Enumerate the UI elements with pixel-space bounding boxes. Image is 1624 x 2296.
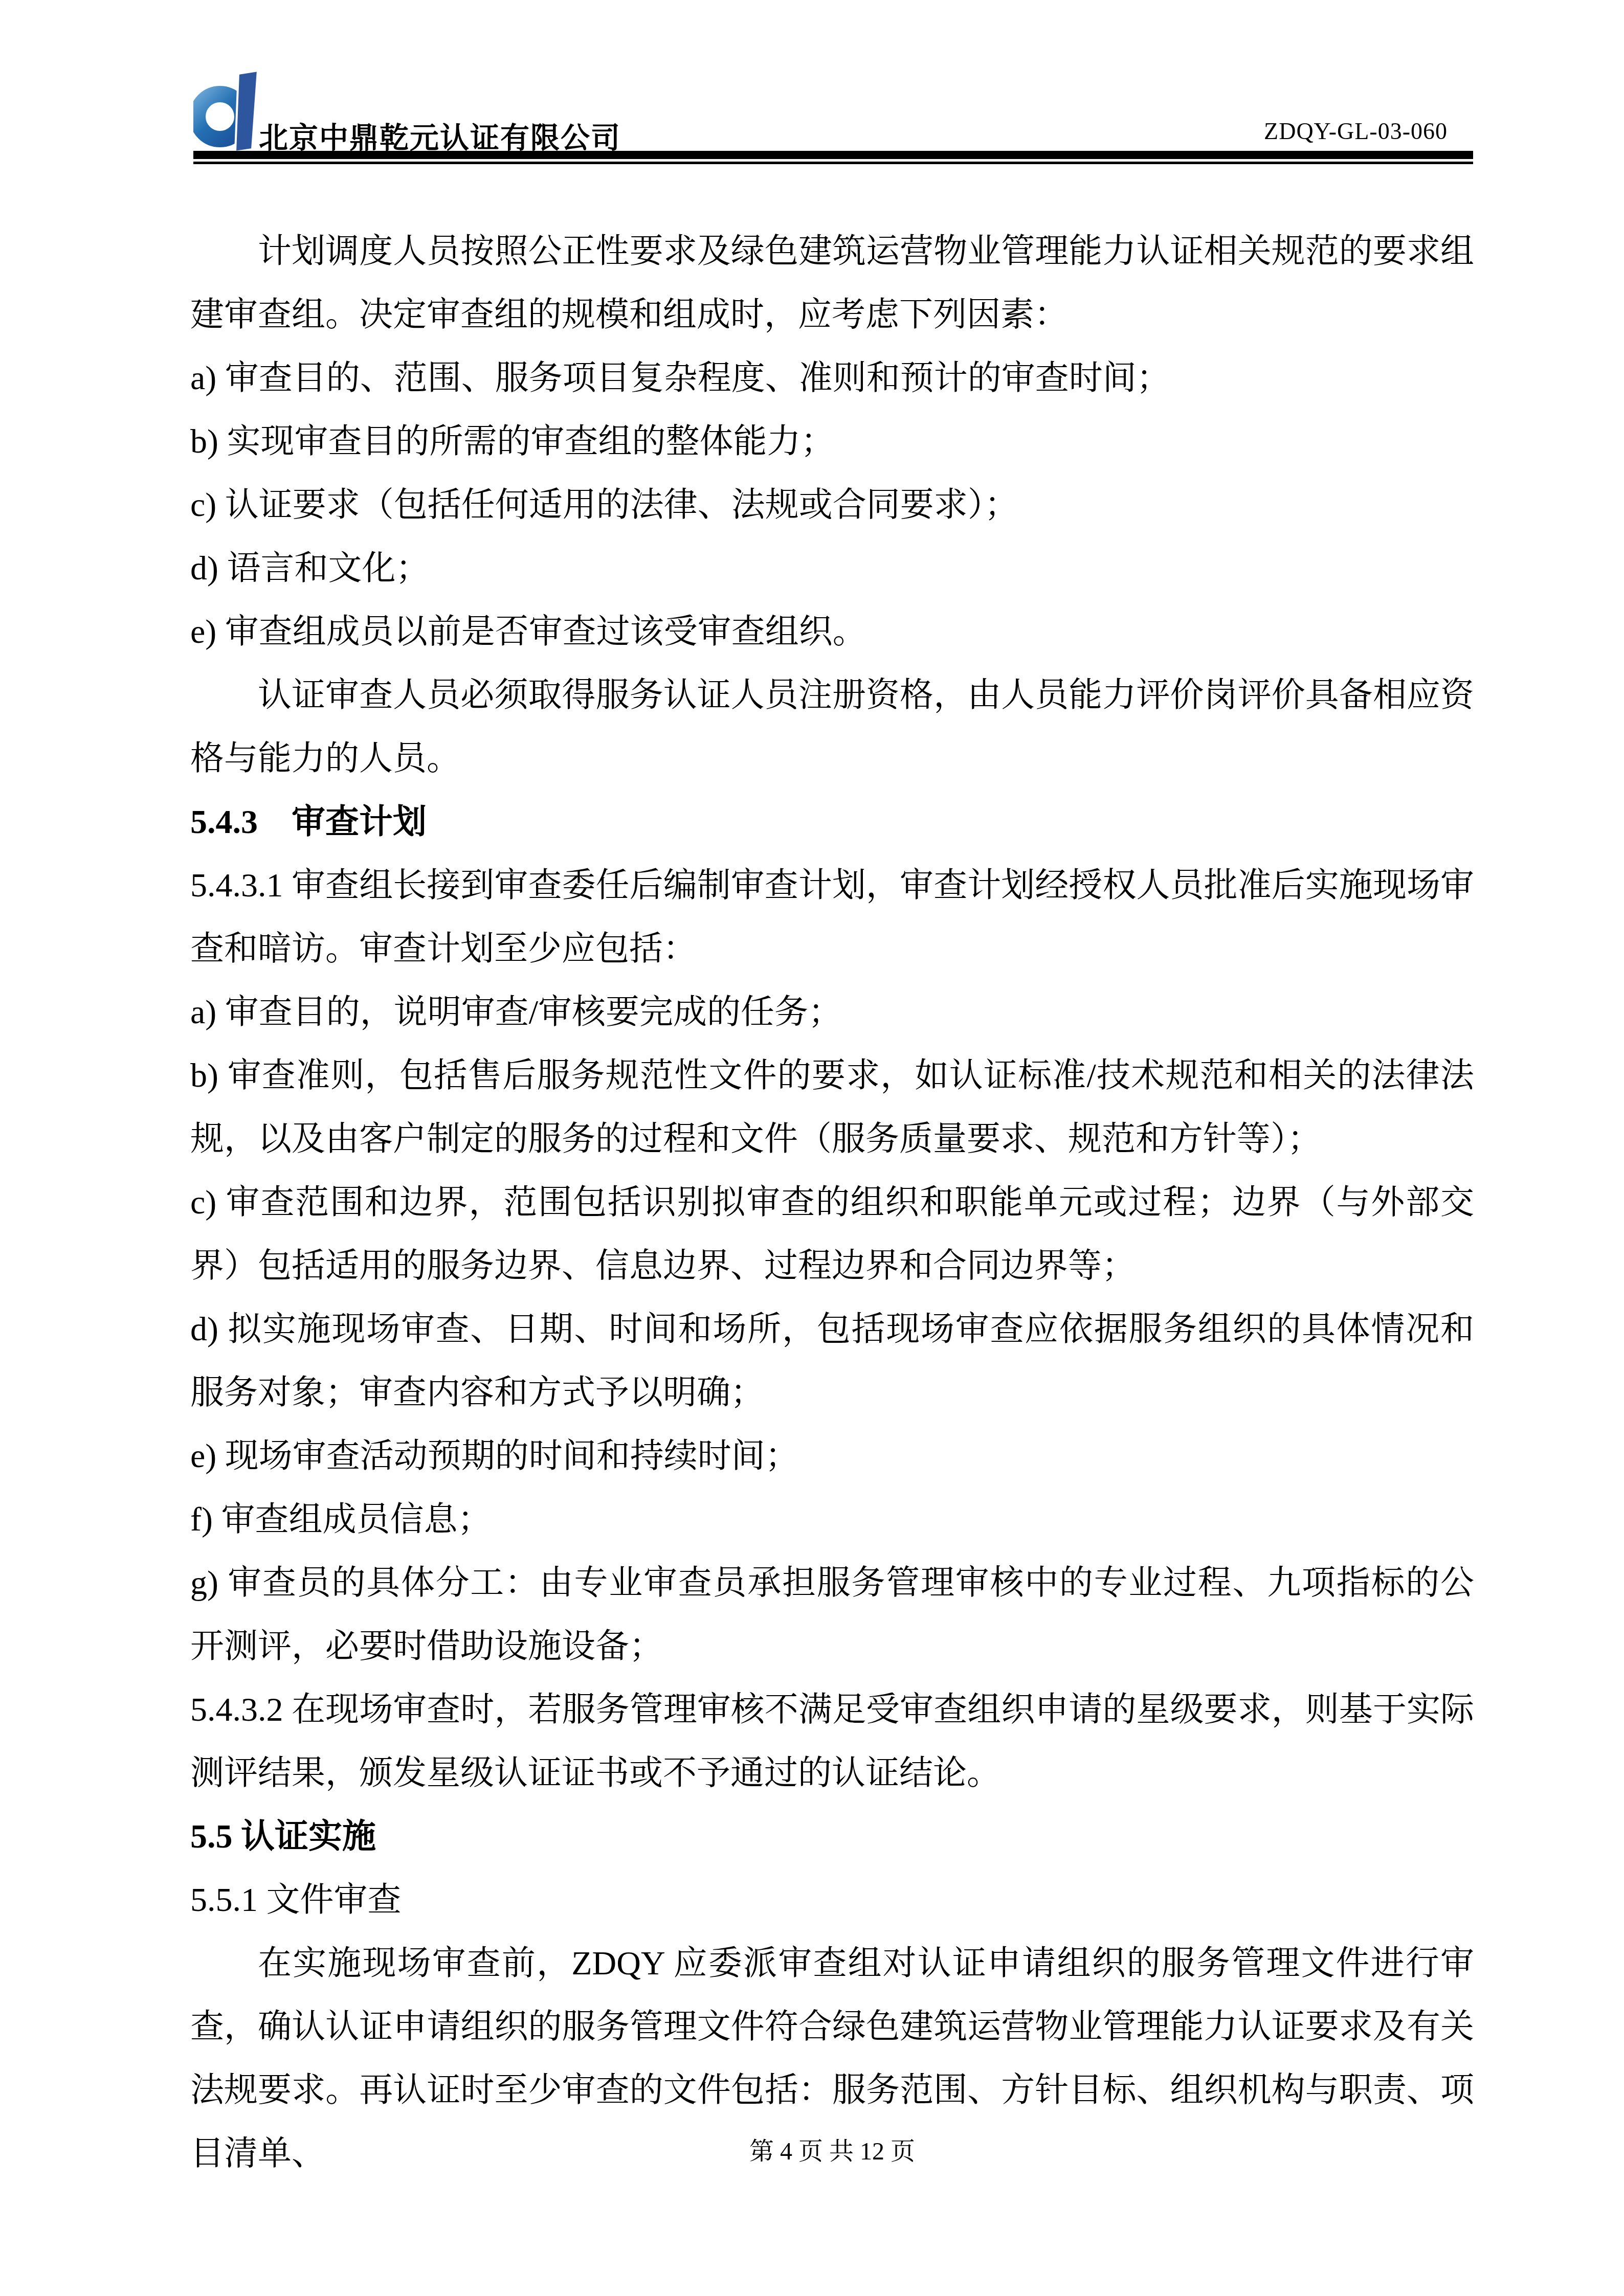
company-name: 北京中鼎乾元认证有限公司 (259, 115, 621, 156)
paragraph: c) 审查范围和边界，范围包括识别拟审查的组织和职能单元或过程；边界（与外部交界… (190, 1171, 1474, 1298)
document-code: ZDQY-GL-03-060 (1264, 118, 1448, 145)
paragraph: b) 审查准则，包括售后服务规范性文件的要求，如认证标准/技术规范和相关的法律法… (190, 1044, 1474, 1171)
paragraph: g) 审查员的具体分工：由专业审查员承担服务管理审核中的专业过程、九项指标的公开… (190, 1551, 1474, 1678)
paragraph: d) 拟实施现场审查、日期、时间和场所，包括现场审查应依据服务组织的具体情况和服… (190, 1298, 1474, 1425)
paragraph: e) 现场审查活动预期的时间和持续时间； (190, 1425, 1474, 1488)
header-rule-thick (193, 151, 1473, 159)
page-footer: 第 4 页 共 12 页 (190, 2131, 1474, 2172)
paragraph: c) 认证要求（包括任何适用的法律、法规或合同要求）； (190, 474, 1474, 537)
paragraph: a) 审查目的、范围、服务项目复杂程度、准则和预计的审查时间； (190, 347, 1474, 410)
paragraph: 5.4.3.1 审查组长接到审查委任后编制审查计划，审查计划经授权人员批准后实施… (190, 854, 1474, 981)
paragraph: 计划调度人员按照公正性要求及绿色建筑运营物业管理能力认证相关规范的要求组建审查组… (190, 220, 1474, 347)
section-heading: 5.4.3 审查计划 (190, 791, 1474, 854)
document-page: 北京中鼎乾元认证有限公司 ZDQY-GL-03-060 计划调度人员按照公正性要… (0, 0, 1624, 2296)
paragraph: d) 语言和文化； (190, 537, 1474, 600)
section-heading: 5.5.1 文件审查 (190, 1869, 1474, 1932)
paragraph: a) 审查目的，说明审查/审核要完成的任务； (190, 981, 1474, 1044)
paragraph: b) 实现审查目的所需的审查组的整体能力； (190, 410, 1474, 474)
paragraph: e) 审查组成员以前是否审查过该受审查组织。 (190, 600, 1474, 664)
paragraph: 认证审查人员必须取得服务认证人员注册资格，由人员能力评价岗评价具备相应资格与能力… (190, 664, 1474, 791)
page-number: 第 4 页 共 12 页 (749, 2138, 915, 2165)
paragraph: f) 审查组成员信息； (190, 1488, 1474, 1551)
paragraph: 5.4.3.2 在现场审查时，若服务管理审核不满足受审查组织申请的星级要求，则基… (190, 1678, 1474, 1805)
header-rule-thin (193, 162, 1473, 164)
document-body: 计划调度人员按照公正性要求及绿色建筑运营物业管理能力认证相关规范的要求组建审查组… (190, 220, 1474, 2186)
company-logo-icon (193, 70, 261, 152)
section-heading: 5.5 认证实施 (190, 1805, 1474, 1869)
